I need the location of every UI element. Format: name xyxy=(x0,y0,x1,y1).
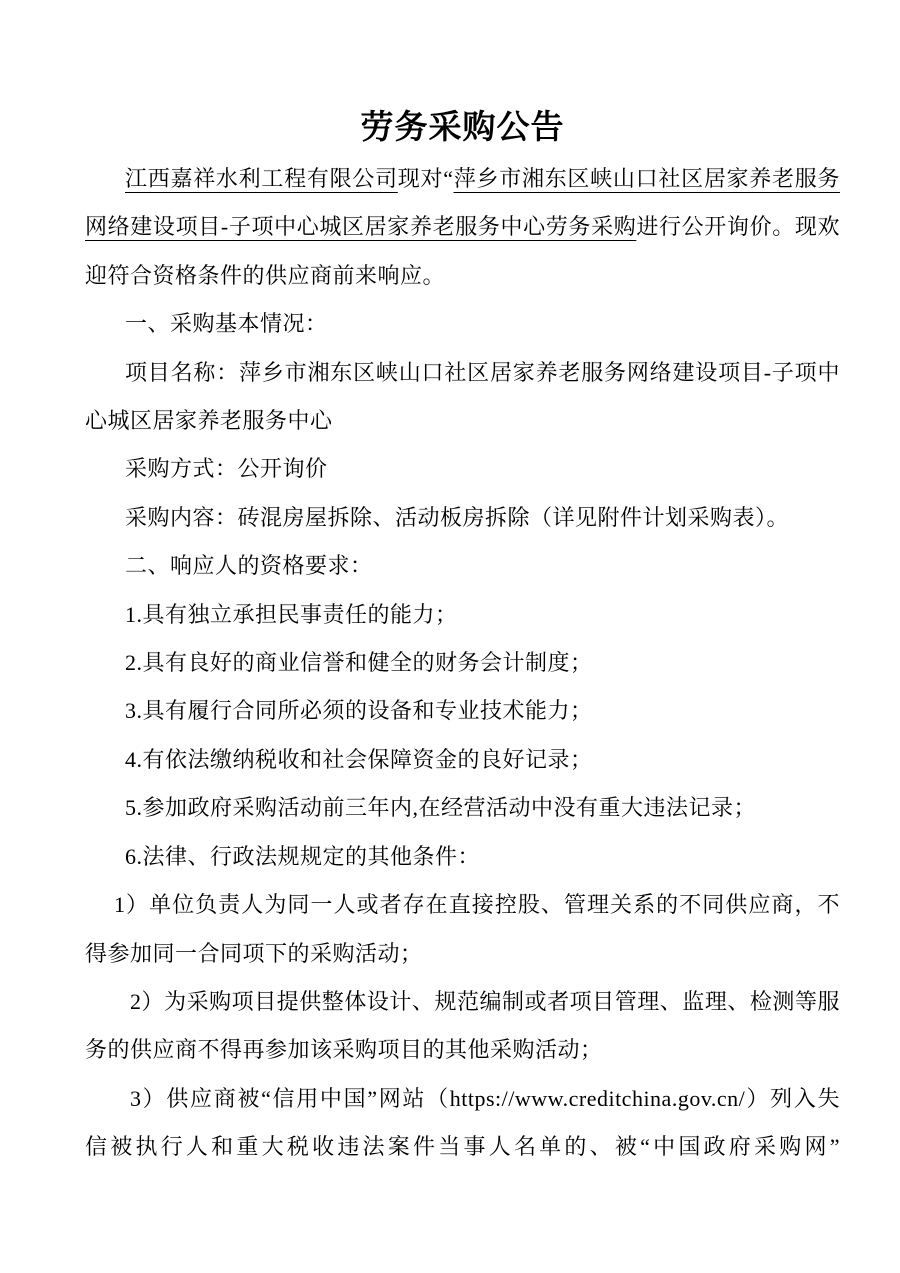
project-name-paragraph: 项目名称：萍乡市湘东区峡山口社区居家养老服务网络建设项目-子项中心城区居家养老服… xyxy=(85,349,840,446)
intro-paragraph: 江西嘉祥水利工程有限公司现对“萍乡市湘东区峡山口社区居家养老服务网络建设项目-子… xyxy=(85,155,840,300)
other-condition-item-2: 2）为采购项目提供整体设计、规范编制或者项目管理、监理、检测等服务的供应商不得再… xyxy=(85,978,840,1075)
procurement-method-paragraph: 采购方式：公开询价 xyxy=(85,445,840,493)
section1-heading: 一、采购基本情况： xyxy=(85,300,840,348)
requirement-item-6: 6.法律、行政法规规定的其他条件： xyxy=(85,833,840,881)
document-body: 江西嘉祥水利工程有限公司现对“萍乡市湘东区峡山口社区居家养老服务网络建设项目-子… xyxy=(85,155,840,1172)
procurement-content-paragraph: 采购内容：砖混房屋拆除、活动板房拆除（详见附件计划采购表）。 xyxy=(85,494,840,542)
requirement-item-3: 3.具有履行合同所必须的设备和专业技术能力； xyxy=(85,687,840,735)
other-condition-item-3: 3）供应商被“信用中国”网站（https://www.creditchina.g… xyxy=(85,1075,840,1172)
requirement-item-1: 1.具有独立承担民事责任的能力； xyxy=(85,591,840,639)
company-name-underlined: 江西嘉祥水利工程有限公司 xyxy=(125,166,398,191)
section2-heading: 二、响应人的资格要求： xyxy=(85,542,840,590)
document-title: 劳务采购公告 xyxy=(85,104,840,152)
requirement-item-4: 4.有依法缴纳税收和社会保障资金的良好记录； xyxy=(85,736,840,784)
document-page: 劳务采购公告 江西嘉祥水利工程有限公司现对“萍乡市湘东区峡山口社区居家养老服务网… xyxy=(0,0,900,1273)
requirement-item-2: 2.具有良好的商业信誉和健全的财务会计制度； xyxy=(85,639,840,687)
requirement-item-5: 5.参加政府采购活动前三年内,在经营活动中没有重大违法记录； xyxy=(85,784,840,832)
intro-connector-text: 现对“ xyxy=(398,166,454,191)
other-condition-item-1: 1）单位负责人为同一人或者存在直接控股、管理关系的不同供应商，不得参加同一合同项… xyxy=(85,881,840,978)
